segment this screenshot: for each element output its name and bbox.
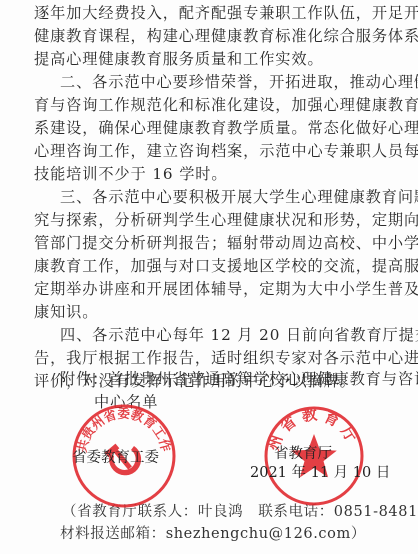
body-text-line: 系建设，确保心理健康教育教学质量。常态化做好心理普查和 xyxy=(34,117,386,139)
body-text-line: 康教育工作，加强与对口支援地区学校的交流，提高服务水平， xyxy=(34,255,386,277)
body-text-line: 康知识。 xyxy=(34,301,386,323)
document-page: 逐年加大经费投入，配齐配强专兼职工作队伍，开足开好心理 健康教育课程，构建心理健… xyxy=(0,0,418,554)
signer-right: 省教育厅 xyxy=(274,442,332,463)
body-text-line: 提高心理健康教育服务质量和工作实效。 xyxy=(34,48,386,70)
body-text-line: 定期举办讲座和开展团体辅导，定期为大中小学生普及心理健 xyxy=(34,278,386,300)
email-line: 材料报送邮箱：shezhengchu@126.com） xyxy=(60,522,366,543)
body-text-line: 逐年加大经费投入，配齐配强专兼职工作队伍，开足开好心理 xyxy=(34,2,386,24)
body-text-line: 究与探索，分析研判学生心理健康状况和形势，定期向学校主 xyxy=(34,209,386,231)
body-text-line: 心理咨询工作，建立咨询档案，示范中心专兼职人员每年专业 xyxy=(34,140,386,162)
body-text-line: 三、各示范中心要积极开展大学生心理健康教育问题的研 xyxy=(60,186,386,208)
body-text-line: 健康教育课程，构建心理健康教育标准化综合服务体系，切实 xyxy=(34,25,386,47)
attachment-line: 附件：首批贵州省普通高等学校心理健康教育与咨询示范 xyxy=(60,368,386,390)
body-text-line: 育与咨询工作规范化和标准化建设，加强心理健康教育服务体 xyxy=(34,94,386,116)
body-text-line: 管部门提交分析研判报告；辐射带动周边高校、中小学心理健 xyxy=(34,232,386,254)
signer-left: 省委教育工委 xyxy=(72,446,159,467)
body-text-line: 二、各示范中心要珍惜荣誉，开拓进取，推动心理健康教 xyxy=(60,71,386,93)
body-text-line: 告，我厅根据工作报告，适时组织专家对各示范中心进行考核 xyxy=(34,347,386,369)
body-text-line: 四、各示范中心每年 12 月 20 日前向省教育厅提交工作报 xyxy=(60,324,386,346)
document-date: 2021 年 11 月 10 日 xyxy=(250,461,390,482)
body-text-line: 技能培训不少于 16 学时。 xyxy=(34,163,386,185)
